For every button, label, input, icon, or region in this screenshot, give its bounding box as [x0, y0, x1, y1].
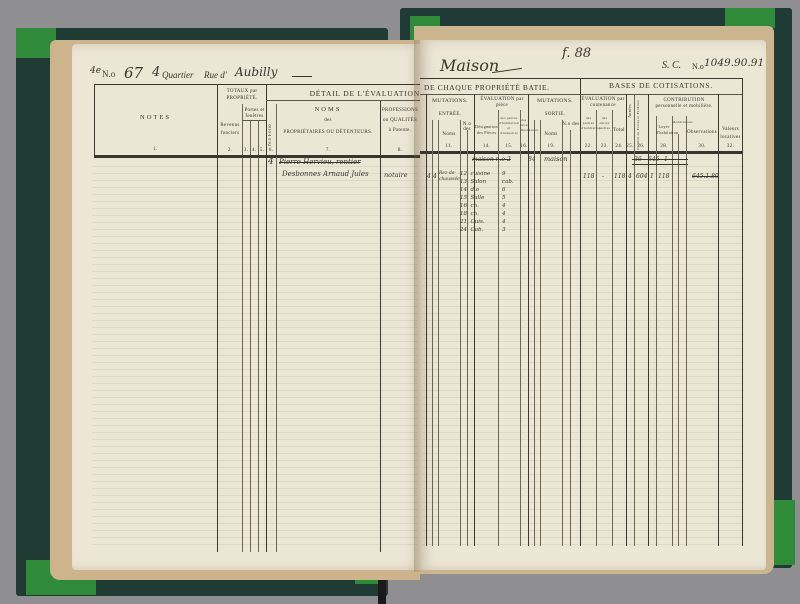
bases-hab: 118	[583, 173, 594, 180]
piece-row: 24 Cab.	[460, 227, 483, 233]
piece-number: 14	[460, 187, 467, 193]
evaluation-piece-header: ÉVALUATION par pièce	[476, 97, 528, 109]
piece-value: 4	[502, 203, 506, 209]
entry-struck-maison: maison n.o 2	[472, 156, 511, 163]
right-border-line	[742, 78, 743, 546]
bases-autres: -	[602, 173, 604, 180]
valeurs-header: Valeurs locatives	[719, 126, 742, 142]
evaluation-col-dependances: des autres dépendances	[520, 118, 528, 133]
entree-no-des: N.o des	[460, 122, 474, 132]
street-label: Rue d'	[204, 70, 227, 80]
piece-designation: Cuis.	[471, 219, 485, 225]
piece-value: 4	[502, 219, 506, 225]
folio-note: f. 88	[562, 46, 591, 61]
title-right: BASES DE COTISATIONS.	[580, 81, 742, 90]
piece-value: 6	[502, 187, 506, 193]
noms-des: des	[276, 118, 380, 123]
left-page-number-value: 67	[124, 64, 143, 82]
portes-header: Portes et fenêtres	[243, 108, 266, 120]
col-line	[380, 100, 381, 552]
contenance-col-autres: des autres parties	[597, 116, 612, 131]
notes-header: NOTES	[94, 114, 217, 121]
title-left: DE CHAQUE PROPRIÉTÉ BATIE.	[424, 83, 580, 92]
col-line	[276, 104, 277, 552]
col-line	[570, 130, 571, 546]
col-line	[718, 94, 719, 546]
bases-strike-line	[632, 159, 688, 160]
col-line	[438, 120, 439, 546]
number-value: 1049.90.91	[704, 57, 764, 69]
piece-value: cab.	[502, 179, 514, 185]
contenance-col-habitation: des parties d'habitation	[581, 116, 596, 131]
col-line	[242, 104, 243, 552]
entree-noms: Noms	[438, 132, 460, 137]
sortie-noms: Noms	[540, 132, 562, 137]
noms-subheader: PROPRIÉTAIRES OU DÉTENTEURS.	[276, 130, 380, 135]
col-line	[612, 110, 613, 546]
number-label: N.o	[692, 62, 704, 71]
bases-nombre: 604	[636, 173, 647, 180]
folio-col-number: 6.	[266, 148, 276, 153]
col-number-25: 25.	[626, 144, 634, 149]
right-page: Maison f. 88 S. C. N.o 1049.90.91 DE CHA…	[420, 40, 766, 570]
revenus-header: Revenus fonciers	[218, 122, 242, 138]
annees-header: Années	[627, 104, 634, 118]
evaluation-col-designation: Désignation des Pièces	[475, 124, 498, 136]
notes-col-number: 1.	[94, 147, 217, 152]
entry-folio: 4	[268, 157, 274, 167]
portes-col-3: 3.	[242, 148, 250, 153]
portes-col-4: 4.	[250, 148, 258, 153]
left-page-number-label: N.o	[102, 69, 115, 79]
table-header-bottom	[94, 155, 420, 157]
detail-title-underline	[266, 100, 420, 101]
street-underline	[292, 76, 312, 77]
contribution-col-observations: Observations	[686, 130, 718, 135]
col-number-28: 28.	[656, 144, 672, 149]
col-line	[498, 110, 499, 546]
col-number-30: 30.	[686, 144, 718, 149]
noms-col-number: 7.	[276, 148, 380, 153]
col-number-11: 11.	[438, 144, 460, 149]
col-number-22: 22.	[581, 144, 596, 149]
piece-number: 24	[460, 227, 467, 233]
piece-value: 9	[502, 171, 506, 177]
col-number-24: 24.	[612, 144, 626, 149]
contenance-col-total: Total	[612, 128, 626, 133]
piece-designation: Salle	[471, 195, 485, 201]
left-page-column-area	[94, 156, 420, 552]
piece-designation: cuisine	[471, 171, 491, 177]
entry-annee: 4	[427, 173, 431, 180]
piece-designation: d.o	[471, 187, 480, 193]
piece-row: 18 ch.	[460, 211, 479, 217]
col-line	[672, 116, 673, 546]
entry-sortie-name: maison	[544, 155, 568, 163]
col-line	[626, 94, 627, 546]
piece-row: 16 ch.	[460, 203, 479, 209]
detail-title: DÉTAIL DE L'ÉVALUATION	[268, 89, 420, 98]
portes-col-5: 5.	[258, 148, 266, 153]
col-number-16: 16.	[520, 144, 528, 149]
entry-name: Desbonnes Arnaud Jules	[282, 170, 369, 178]
entree-header: ENTRÉE.	[426, 112, 474, 117]
bases-annee: 4	[628, 173, 632, 180]
bases-total: 118	[614, 173, 625, 180]
mutations-sortie-header: MUTATIONS.	[530, 98, 580, 104]
contribution-col-moderations: Modérations	[672, 120, 686, 125]
piece-row: 12 cuisine	[460, 171, 490, 177]
section-label: S. C.	[662, 60, 681, 71]
mutations-entree-header: MUTATIONS.	[426, 98, 474, 104]
bases-loyer: 118	[658, 173, 669, 180]
piece-value: 3	[502, 227, 506, 233]
folio-header: N.o Folio	[268, 124, 276, 146]
ruled-lines	[422, 160, 744, 546]
piece-designation: ch.	[471, 211, 479, 217]
left-page: 4e N.o 67 4 Quartier Rue d' Aubilly NOTE…	[72, 44, 420, 570]
contribution-header: CONTRIBUTION personnelle et mobilière.	[650, 98, 718, 110]
contribution-col-loyer: Loyer d'habitation	[656, 124, 672, 136]
entry-sortie-qty: 84	[528, 156, 536, 163]
left-page-number-prefix: 4e	[90, 66, 101, 76]
piece-number: 12	[460, 171, 467, 177]
piece-row: 13 Salon	[460, 179, 486, 185]
totaux-header: TOTAUX par PROPRIÉTÉ.	[220, 88, 264, 102]
designation-handwritten: Maison	[440, 56, 499, 75]
piece-number: 16	[460, 203, 467, 209]
quartier-label: Quartier	[162, 70, 194, 80]
col-line	[656, 116, 657, 546]
entry-noms: Rez-de-chaussée	[439, 171, 461, 183]
bases-observations-struck: 645.1.80	[692, 173, 719, 180]
col-line	[686, 116, 687, 546]
col-line	[432, 120, 433, 546]
col-line	[520, 110, 521, 546]
piece-designation: Cab.	[471, 227, 484, 233]
col-number-23: 23.	[597, 144, 612, 149]
sortie-header: SORTIE.	[530, 112, 580, 117]
evaluation-contenance-header: ÉVALUATION par contenance	[581, 97, 625, 109]
col-number-15: 15.	[498, 144, 520, 149]
col-line	[678, 134, 679, 546]
col-line	[258, 120, 259, 552]
noms-header: NOMS	[276, 106, 380, 113]
cover-corner-green-tr	[725, 8, 775, 28]
piece-row: 21 Cuis.	[460, 219, 485, 225]
piece-designation: Salon	[471, 179, 487, 185]
book-gutter	[414, 40, 422, 572]
entry-name-struck: Pierre Hervieu, rentier	[279, 158, 361, 166]
nombre-portes-header: Nombre de Portes et Fenêtres	[636, 100, 646, 150]
piece-row: 14 d.o	[460, 187, 479, 193]
street-value: Aubilly	[235, 65, 277, 79]
piece-designation: ch.	[471, 203, 479, 209]
entry-profession: notaire	[384, 171, 408, 179]
portes-underline	[242, 120, 266, 121]
quartier-number: 4	[152, 65, 160, 80]
col-number-14: 14.	[475, 144, 498, 149]
piece-number: 13	[460, 179, 467, 185]
col-line	[562, 120, 563, 546]
entry-quantite: 4	[433, 173, 437, 180]
piece-number: 18	[460, 211, 467, 217]
piece-row: 15 Salle	[460, 195, 484, 201]
piece-value: 5	[502, 195, 506, 201]
piece-number: 21	[460, 219, 467, 225]
col-line	[250, 120, 251, 552]
sortie-no-des: N.o des	[562, 122, 580, 127]
col-line	[534, 120, 535, 546]
col-number-32: 32.	[719, 144, 742, 149]
piece-number: 15	[460, 195, 467, 201]
col-number-19: 19.	[540, 144, 562, 149]
col-line	[540, 120, 541, 546]
col-line	[426, 94, 427, 546]
bases-strike-line-2	[632, 164, 688, 165]
piece-value: 4	[502, 211, 506, 217]
revenus-col-number: 2.	[218, 148, 242, 153]
col-number-26: 26.	[634, 144, 648, 149]
bases-mod: 1	[650, 173, 654, 180]
col-line	[596, 110, 597, 546]
evaluation-col-habitation: des pièces d'habitation et d'industrie	[498, 116, 520, 136]
